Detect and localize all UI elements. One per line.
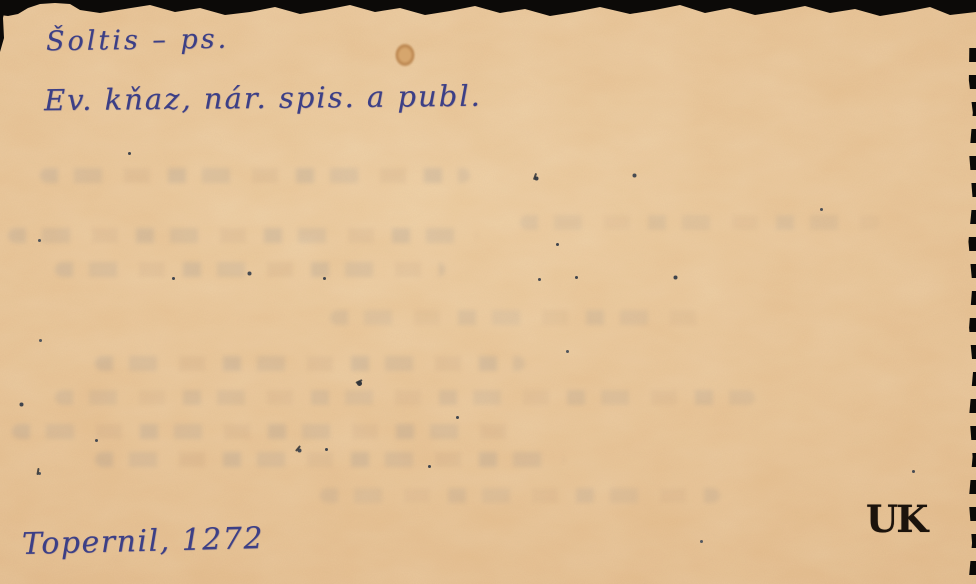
ghost-band (95, 452, 565, 467)
ghost-band (55, 262, 445, 277)
ghost-band (330, 310, 710, 325)
ghost-band (55, 390, 755, 405)
uk-library-stamp: UK (866, 497, 926, 541)
right-perforated-edge (966, 48, 976, 584)
scanned-card-image: Šoltis – ps. Ev. kňaz, nár. spis. a publ… (0, 0, 976, 584)
ink-fleck (36, 468, 39, 475)
ghost-band (8, 228, 478, 243)
card-description-line: Ev. kňaz, nár. spis. a publ. (44, 79, 482, 118)
stain-spot (392, 40, 418, 70)
ghost-band (520, 215, 880, 230)
torn-top-edge (0, 0, 976, 18)
ghost-band (320, 488, 720, 503)
card-footer-reference: Topernil, 1272 (22, 521, 265, 562)
ink-fleck (533, 173, 537, 180)
ghost-band (12, 424, 522, 439)
ink-fleck (355, 379, 362, 384)
card-heading-pseudonym: Šoltis – ps. (46, 24, 230, 58)
ghost-band (95, 356, 525, 371)
ink-fleck (295, 445, 301, 452)
ghost-band (40, 168, 470, 183)
